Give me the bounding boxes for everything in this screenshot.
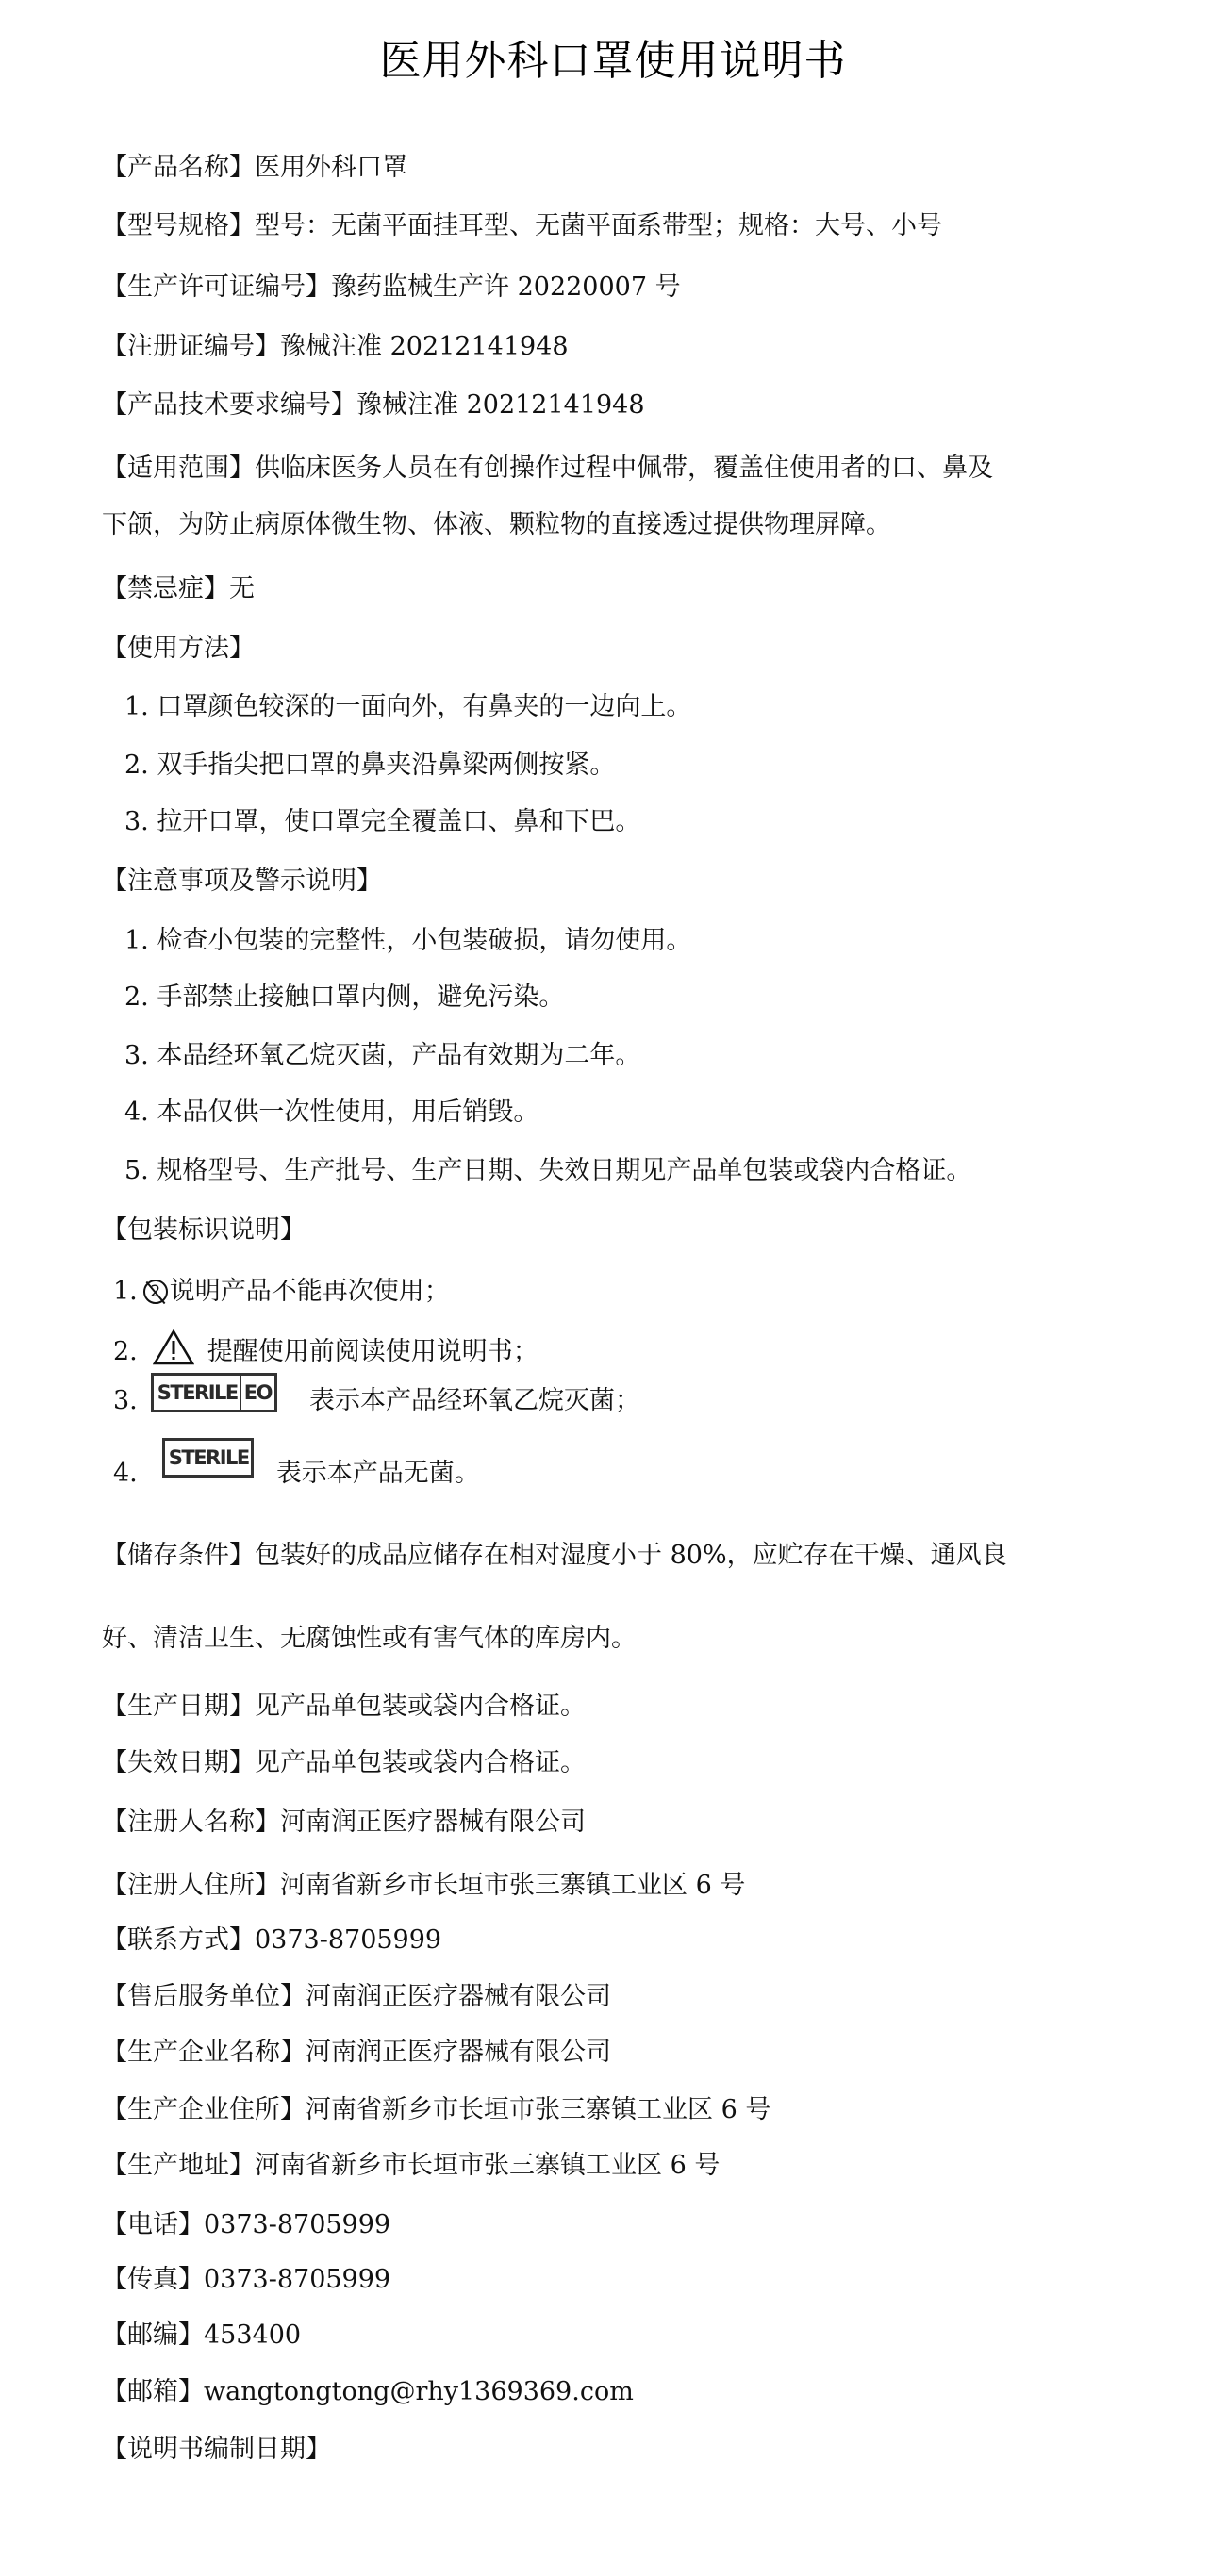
usage-item: 1. 口罩颜色较深的一面向外，有鼻夹的一边向上。 <box>124 690 691 724</box>
field-label: 【注册证编号】 <box>102 332 280 361</box>
field-storage-continued: 好、清洁卫生、无腐蚀性或有害气体的库房内。 <box>102 1622 637 1656</box>
field-manufacturer-name: 【生产企业名称】河南润正医疗器械有限公司 <box>102 2036 611 2070</box>
usage-item: 2. 双手指尖把口罩的鼻夹沿鼻梁两侧按紧。 <box>124 749 615 783</box>
do-not-reuse-icon: 2 <box>143 1280 168 1304</box>
item-text: 说明产品不能再次使用； <box>170 1275 450 1309</box>
field-value: 无 <box>229 574 255 603</box>
field-label: 【生产许可证编号】 <box>102 272 331 302</box>
field-after-sales: 【售后服务单位】河南润正医疗器械有限公司 <box>102 1980 611 2014</box>
warning-item: 2. 手部禁止接触口罩内侧，避免污染。 <box>124 981 564 1015</box>
warning-triangle-icon <box>153 1329 194 1375</box>
field-contraindication: 【禁忌症】无 <box>102 572 255 606</box>
field-value: 豫药监械生产许 20220007 号 <box>331 272 681 302</box>
item-text: 表示本产品经环氧乙烷灭菌； <box>309 1384 640 1418</box>
field-email: 【邮箱】wangtongtong@rhy1369369.com <box>102 2375 634 2409</box>
field-label: 【禁忌症】 <box>102 574 229 603</box>
field-storage: 【储存条件】包装好的成品应储存在相对湿度小于 80%，应贮存在干燥、通风良 <box>102 1539 1007 1573</box>
document-title: 医用外科口罩使用说明书 <box>0 36 1226 87</box>
field-label: 【储存条件】 <box>102 1541 255 1570</box>
field-production-license: 【生产许可证编号】豫药监械生产许 20220007 号 <box>102 271 681 305</box>
field-label: 【适用范围】 <box>102 454 255 483</box>
field-value: 豫械注准 20212141948 <box>356 390 645 420</box>
sterile-eo-icon: STERILEEO <box>151 1373 277 1412</box>
sterile-icon: STERILE <box>162 1438 254 1478</box>
warning-item: 3. 本品经环氧乙烷灭菌，产品有效期为二年。 <box>124 1039 640 1073</box>
field-value: 豫械注准 20212141948 <box>280 332 569 361</box>
field-production-site: 【生产地址】河南省新乡市长垣市张三寨镇工业区 6 号 <box>102 2149 720 2183</box>
item-text: 表示本产品无菌。 <box>276 1457 480 1491</box>
packaging-item: 3. STERILEEO 表示本产品经环氧乙烷灭菌； <box>113 1384 640 1418</box>
item-number: 1. <box>113 1275 138 1309</box>
field-label: 【产品技术要求编号】 <box>102 390 356 420</box>
usage-heading: 【使用方法】 <box>102 632 255 666</box>
field-fax: 【传真】0373-8705999 <box>102 2263 390 2297</box>
item-number: 3. <box>113 1384 138 1418</box>
field-product-name: 【产品名称】医用外科口罩 <box>102 151 407 185</box>
usage-item: 3. 拉开口罩，使口罩完全覆盖口、鼻和下巴。 <box>124 805 640 839</box>
field-expiry-date: 【失效日期】见产品单包装或袋内合格证。 <box>102 1746 586 1780</box>
field-value: 医用外科口罩 <box>255 153 407 182</box>
field-model-spec: 【型号规格】型号：无菌平面挂耳型、无菌平面系带型；规格：大号、小号 <box>102 209 942 243</box>
field-value: 型号：无菌平面挂耳型、无菌平面系带型；规格：大号、小号 <box>255 211 942 240</box>
field-label: 【型号规格】 <box>102 211 255 240</box>
field-manual-date: 【说明书编制日期】 <box>102 2433 331 2467</box>
item-number: 4. <box>113 1457 138 1491</box>
warnings-heading: 【注意事项及警示说明】 <box>102 865 382 899</box>
field-value: 供临床医务人员在有创操作过程中佩带，覆盖住使用者的口、鼻及 <box>255 454 993 483</box>
field-scope: 【适用范围】供临床医务人员在有创操作过程中佩带，覆盖住使用者的口、鼻及 <box>102 452 993 486</box>
packaging-heading: 【包装标识说明】 <box>102 1214 306 1247</box>
warning-item: 5. 规格型号、生产批号、生产日期、失效日期见产品单包装或袋内合格证。 <box>124 1154 971 1188</box>
field-registrant-address: 【注册人住所】河南省新乡市长垣市张三寨镇工业区 6 号 <box>102 1869 745 1903</box>
field-phone: 【电话】0373-8705999 <box>102 2208 390 2242</box>
field-registrant-name: 【注册人名称】河南润正医疗器械有限公司 <box>102 1806 586 1840</box>
field-registration-no: 【注册证编号】豫械注准 20212141948 <box>102 330 569 364</box>
item-number: 2. <box>113 1335 138 1369</box>
field-contact: 【联系方式】0373-8705999 <box>102 1924 441 1957</box>
packaging-item: 2. 提醒使用前阅读使用说明书； <box>113 1329 538 1375</box>
field-label: 【产品名称】 <box>102 153 255 182</box>
warning-item: 4. 本品仅供一次性使用，用后销毁。 <box>124 1096 538 1130</box>
field-postcode: 【邮编】453400 <box>102 2319 301 2353</box>
packaging-item: 1. 2 说明产品不能再次使用； <box>113 1275 450 1309</box>
field-manufacturer-address: 【生产企业住所】河南省新乡市长垣市张三寨镇工业区 6 号 <box>102 2093 770 2127</box>
field-production-date: 【生产日期】见产品单包装或袋内合格证。 <box>102 1690 586 1724</box>
field-scope-continued: 下颌，为防止病原体微生物、体液、颗粒物的直接透过提供物理屏障。 <box>102 508 891 542</box>
field-value: 包装好的成品应储存在相对湿度小于 80%，应贮存在干燥、通风良 <box>255 1541 1007 1570</box>
warning-item: 1. 检查小包装的完整性，小包装破损，请勿使用。 <box>124 924 691 958</box>
item-text: 提醒使用前阅读使用说明书； <box>207 1335 538 1369</box>
packaging-item: 4. STERILE 表示本产品无菌。 <box>113 1457 480 1491</box>
field-tech-requirement-no: 【产品技术要求编号】豫械注准 20212141948 <box>102 388 645 422</box>
